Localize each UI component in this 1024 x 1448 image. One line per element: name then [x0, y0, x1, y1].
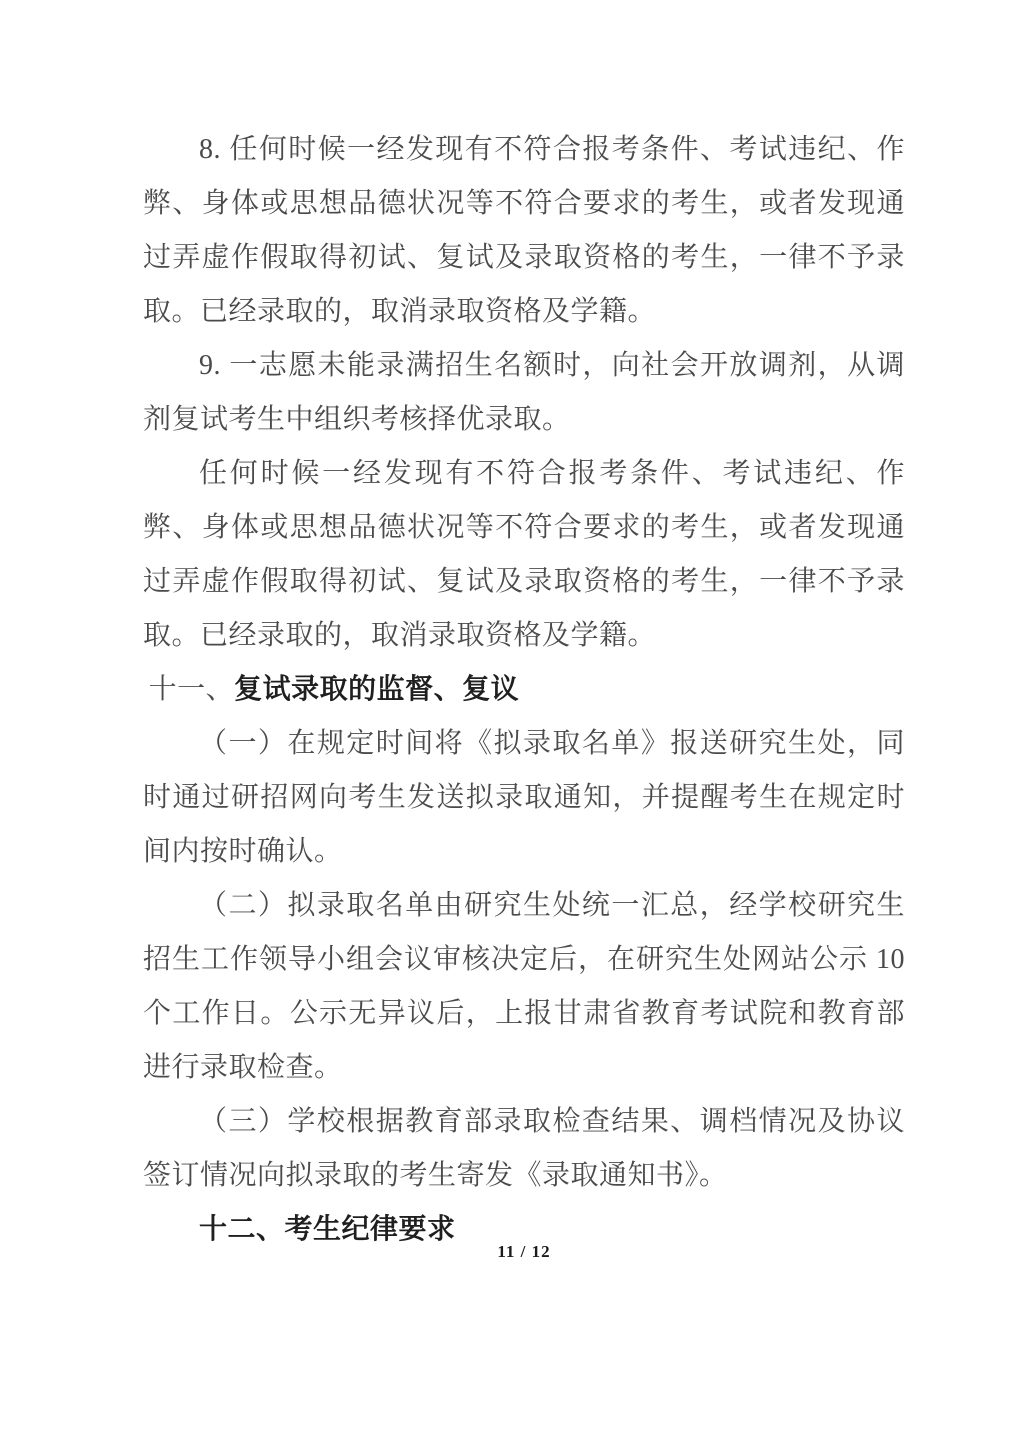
section-heading-11: 十一、复试录取的监督、复议: [143, 663, 905, 717]
document-page: 8. 任何时候一经发现有不符合报考条件、考试违纪、作弊、身体或思想品德状况等不符…: [0, 0, 1024, 1448]
paragraph-11-2: （二）拟录取名单由研究生处统一汇总，经学校研究生招生工作领导小组会议审核决定后，…: [143, 879, 905, 1095]
paragraph-item-9: 9. 一志愿未能录满招生名额时，向社会开放调剂，从调剂复试考生中组织考核择优录取…: [143, 339, 905, 447]
section-heading-11-number: 十一、: [149, 674, 235, 705]
paragraph-repeat-notice: 任何时候一经发现有不符合报考条件、考试违纪、作弊、身体或思想品德状况等不符合要求…: [143, 447, 905, 663]
document-body: 8. 任何时候一经发现有不符合报考条件、考试违纪、作弊、身体或思想品德状况等不符…: [143, 123, 905, 1257]
paragraph-11-1: （一）在规定时间将《拟录取名单》报送研究生处，同时通过研招网向考生发送拟录取通知…: [143, 717, 905, 879]
section-heading-11-title: 复试录取的监督、复议: [234, 674, 519, 705]
paragraph-item-8: 8. 任何时候一经发现有不符合报考条件、考试违纪、作弊、身体或思想品德状况等不符…: [143, 123, 905, 339]
paragraph-11-3: （三）学校根据教育部录取检查结果、调档情况及协议签订情况向拟录取的考生寄发《录取…: [143, 1095, 905, 1203]
page-number: 11 / 12: [143, 1240, 905, 1264]
